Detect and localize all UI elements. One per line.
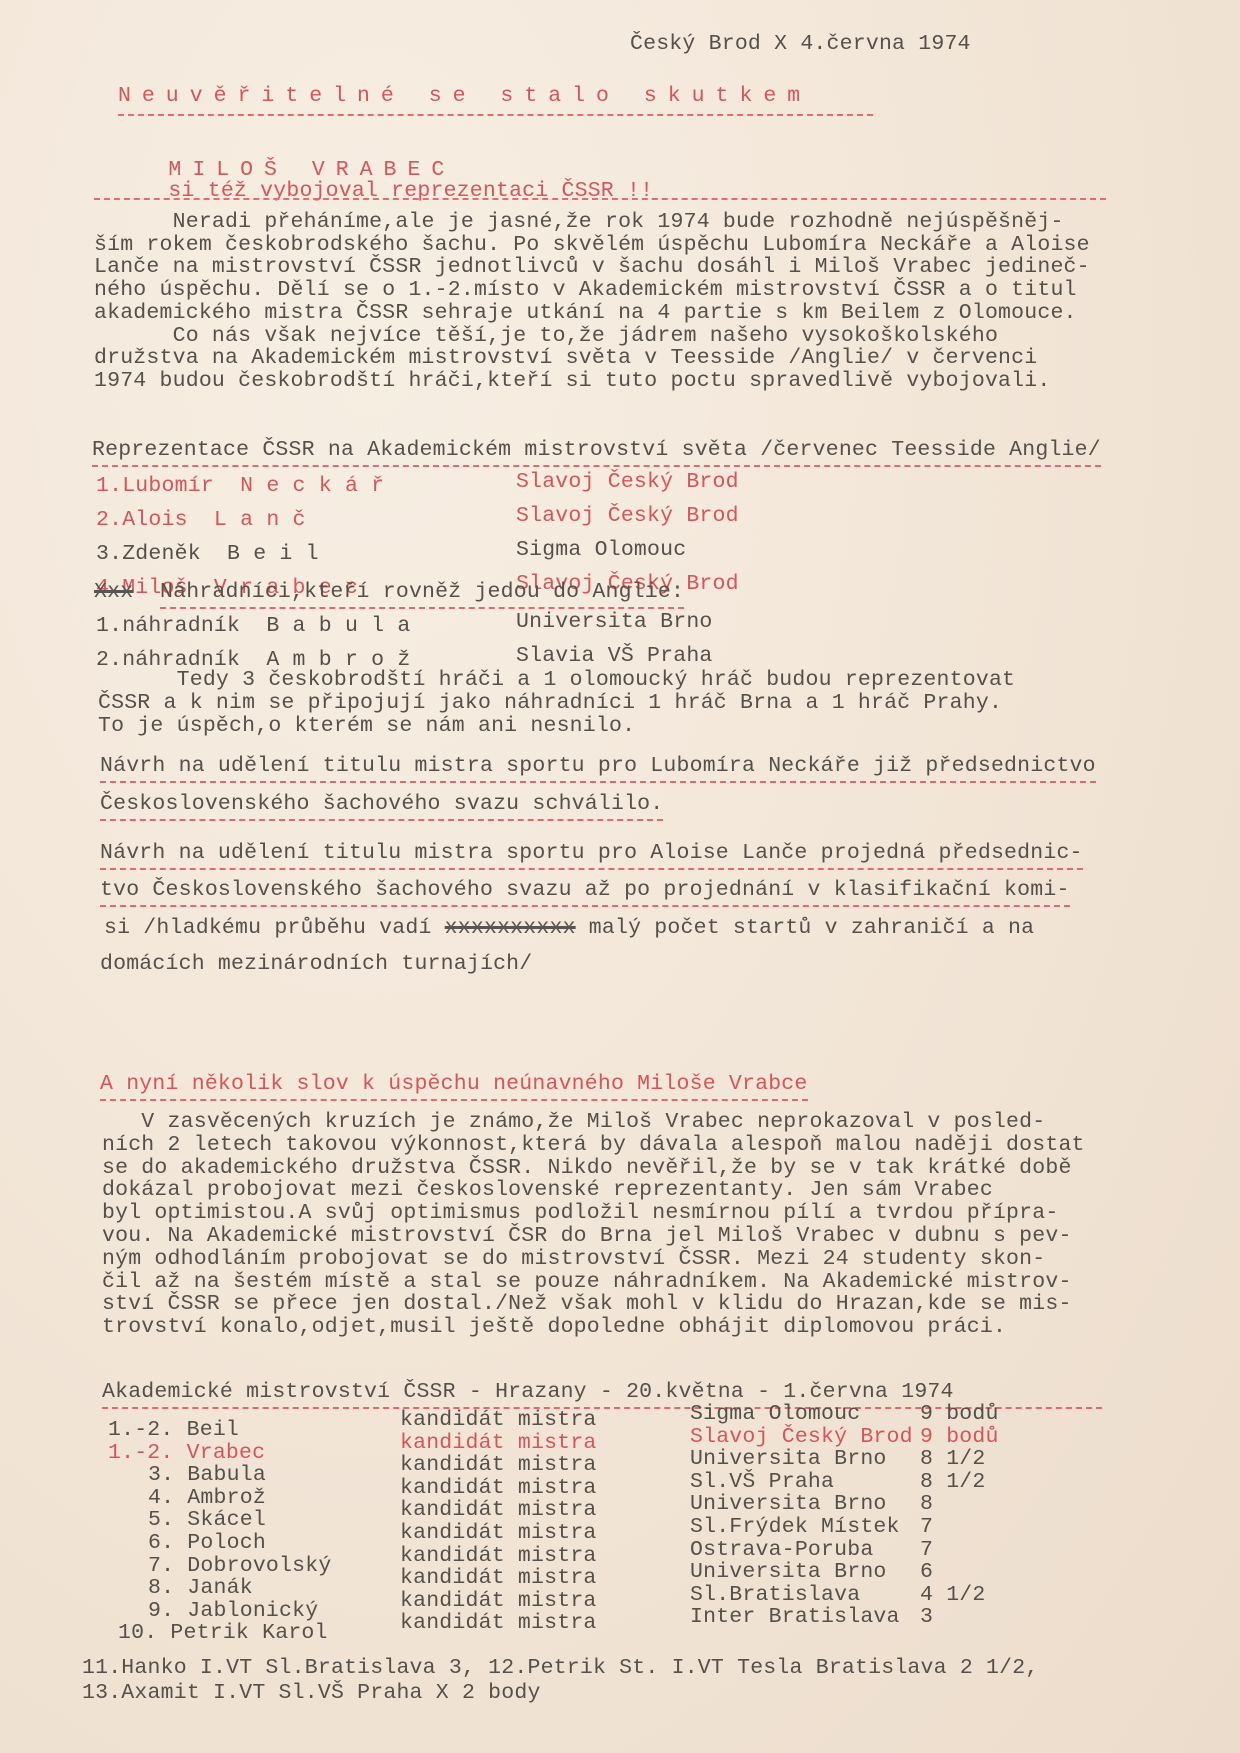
result-title: kandidát mistra — [400, 1568, 597, 1590]
struck-text: xxxxxxxxxx — [445, 916, 576, 940]
result-club: Inter Bratislava — [690, 1607, 900, 1629]
result-player: 10. Petrik Karol — [118, 1623, 328, 1645]
intro-line: 1974 budou českobrodští hráči,kteří si t… — [94, 371, 1050, 393]
substitute-name: 1.náhradník B a b u l a — [96, 616, 410, 638]
result-club: Sl.VŠ Praha — [690, 1472, 834, 1494]
result-player: 1.-2. Vrabec — [108, 1443, 265, 1465]
substitutes-heading: Náhradníci,kteří rovněž jedou do Anglie: — [160, 582, 684, 609]
result-title: kandidát mistra — [400, 1613, 597, 1635]
result-title: kandidát mistra — [400, 1455, 597, 1477]
player-club: Slavoj Český Brod — [516, 472, 739, 494]
place-date: Český Brod X 4.června 1974 — [630, 34, 971, 56]
vrabec-line: vou. Na Akademické mistrovství ČSR do Br… — [102, 1226, 1072, 1248]
player-name: 3.Zdeněk B e i l — [96, 544, 319, 566]
vrabec-line: dokázal probojovat mezi československé r… — [102, 1180, 993, 1202]
result-points: 4 1/2 — [920, 1585, 986, 1607]
proposal-neckar-line: Československého šachového svazu schváli… — [100, 794, 663, 821]
result-points: 6 — [920, 1562, 933, 1584]
headline: Neuvěřitelné se stalo skutkem — [118, 86, 811, 108]
proposal-lanc-line: tvo Československého šachového svazu až … — [100, 880, 1070, 907]
result-player: 8. Janák — [148, 1578, 253, 1600]
result-club: Universita Brno — [690, 1494, 887, 1516]
result-player: 1.-2. Beil — [108, 1420, 239, 1442]
result-player: 4. Ambrož — [148, 1488, 266, 1510]
result-player: 3. Babula — [148, 1465, 266, 1487]
result-player: 7. Dobrovolský — [148, 1556, 331, 1578]
result-points: 9 bodů — [920, 1427, 999, 1449]
result-player: 5. Skácel — [148, 1510, 266, 1532]
vrabec-line: byl optimistou.A svůj optimismus podloži… — [102, 1203, 1058, 1225]
intro-line: Lanče na mistrovství ČSSR jednotlivců v … — [94, 257, 1090, 279]
summary-line: ČSSR a k nim se připojují jako náhradníc… — [98, 693, 1002, 715]
struck-text: Xxx — [94, 582, 133, 604]
player-club: Slavoj Český Brod — [516, 506, 739, 528]
vrabec-line: se do akademického družstva ČSSR. Nikdo … — [102, 1158, 1072, 1180]
result-title: kandidát mistra — [400, 1478, 597, 1500]
substitute-club: Universita Brno — [516, 612, 713, 634]
result-points: 8 1/2 — [920, 1449, 986, 1471]
result-title: kandidát mistra — [400, 1433, 597, 1455]
summary-line: To je úspěch,o kterém se nám ani nesnilo… — [98, 716, 635, 738]
result-title: kandidát mistra — [400, 1591, 597, 1613]
result-points: 3 — [920, 1607, 933, 1629]
footer-line: 13.Axamit I.VT Sl.VŠ Praha X 2 body — [82, 1683, 541, 1705]
intro-line: Neradi přeháníme,ale je jasné,že rok 197… — [94, 212, 1064, 234]
vrabec-line: ních 2 letech takovou výkonnost,která by… — [102, 1135, 1085, 1157]
result-title: kandidát mistra — [400, 1500, 597, 1522]
result-club: Universita Brno — [690, 1449, 887, 1471]
summary-line: Tedy 3 českobrodští hráči a 1 olomoucký … — [98, 670, 1015, 692]
proposal-lanc-line: Návrh na udělení titulu mistra sportu pr… — [100, 843, 1083, 870]
intro-line: ného úspěchu. Dělí se o 1.-2.místo v Aka… — [94, 280, 1077, 302]
result-title: kandidát mistra — [400, 1546, 597, 1568]
vrabec-line: čil až na šestém místě a stal se pouze n… — [102, 1272, 1072, 1294]
headline-underline — [118, 114, 873, 116]
intro-line: ším rokem českobrodského šachu. Po skvěl… — [94, 235, 1090, 257]
proposal-lanc-line: si /hladkému průběhu vadí xxxxxxxxxx mal… — [104, 918, 1034, 940]
player-club: Sigma Olomouc — [516, 540, 686, 562]
result-points: 8 — [920, 1494, 933, 1516]
result-title: kandidát mistra — [400, 1410, 597, 1432]
player-name: 1.Lubomír N e c k á ř — [96, 476, 384, 498]
proposal-lanc-line: domácích mezinárodních turnajích/ — [100, 954, 532, 976]
intro-line: Co nás však nejvíce těší,je to,že jádrem… — [94, 326, 998, 348]
player-name: 2.Alois L a n č — [96, 510, 306, 532]
result-player: 9. Jablonický — [148, 1601, 318, 1623]
result-club: Ostrava-Poruba — [690, 1540, 873, 1562]
vrabec-heading: A nyní několik slov k úspěchu neúnavného… — [100, 1074, 808, 1101]
result-points: 7 — [920, 1517, 933, 1539]
section-divider — [94, 198, 1106, 200]
footer-line: 11.Hanko I.VT Sl.Bratislava 3, 12.Petrik… — [82, 1658, 1038, 1680]
intro-line: družstva na Akademickém mistrovství svět… — [94, 348, 1037, 370]
subheadline-name: MILOŠ VRABEC — [168, 158, 455, 182]
result-points: 9 bodů — [920, 1404, 999, 1426]
result-player: 6. Poloch — [148, 1533, 266, 1555]
result-points: 8 1/2 — [920, 1472, 986, 1494]
vrabec-line: trovství konalo,odjet,musil ještě dopole… — [102, 1317, 1006, 1339]
proposal-neckar-line: Návrh na udělení titulu mistra sportu pr… — [100, 756, 1096, 783]
result-club: Universita Brno — [690, 1562, 887, 1584]
vrabec-line: ství ČSSR se přece jen dostal./Než však … — [102, 1294, 1072, 1316]
result-club: Sl.Frýdek Místek — [690, 1517, 900, 1539]
typewritten-letter: Český Brod X 4.června 1974 Neuvěřitelné … — [0, 0, 1240, 1753]
vrabec-line: V zasvěcených kruzích je známo,že Miloš … — [102, 1112, 1045, 1134]
representation-heading: Reprezentace ČSSR na Akademickém mistrov… — [92, 440, 1101, 467]
intro-line: akademického mistra ČSSR sehraje utkání … — [94, 303, 1077, 325]
result-points: 7 — [920, 1540, 933, 1562]
result-title: kandidát mistra — [400, 1523, 597, 1545]
result-club: Sl.Bratislava — [690, 1585, 860, 1607]
result-club: Slavoj Český Brod — [690, 1427, 913, 1449]
vrabec-line: ným odhodláním probojovat se do mistrovs… — [102, 1249, 1045, 1271]
substitute-club: Slavia VŠ Praha — [516, 646, 713, 668]
result-club: Sigma Olomouc — [690, 1404, 860, 1426]
